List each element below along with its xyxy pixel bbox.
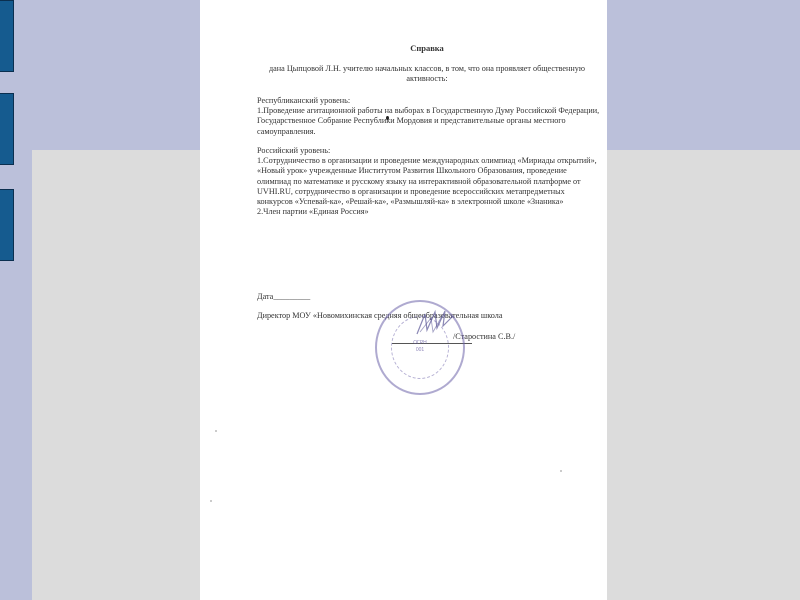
signature-scribble-icon <box>415 308 455 338</box>
scan-speck <box>560 470 562 472</box>
document-title: Справка <box>257 43 597 53</box>
side-tab-1 <box>0 0 14 72</box>
republic-heading: Республиканский уровень: <box>257 96 602 106</box>
republic-text: 1.Проведение агитационной работы на выбо… <box>257 106 602 137</box>
scan-speck <box>386 116 389 120</box>
document-intro: дана Цыпцовой Л.Н. учителю начальных кла… <box>257 64 597 84</box>
scan-speck <box>215 430 217 432</box>
russia-heading: Российский уровень: <box>257 146 602 156</box>
director-line: Директор МОУ «Новомихинская средняя обще… <box>257 311 503 321</box>
stamp-text: ОГРН 001 <box>377 340 463 354</box>
date-field: Дата_________ <box>257 292 310 302</box>
russia-item-1: 1.Сотрудничество в организации и проведе… <box>257 156 602 207</box>
side-tab-2 <box>0 93 14 165</box>
side-tab-3 <box>0 189 14 261</box>
scan-speck <box>210 500 212 502</box>
russia-section: Российский уровень: 1.Сотрудничество в о… <box>257 146 602 217</box>
scanned-document: Справка дана Цыпцовой Л.Н. учителю начал… <box>200 0 607 600</box>
russia-item-2: 2.Член партии «Единая Россия» <box>257 207 602 217</box>
republic-section: Республиканский уровень: 1.Проведение аг… <box>257 96 602 137</box>
